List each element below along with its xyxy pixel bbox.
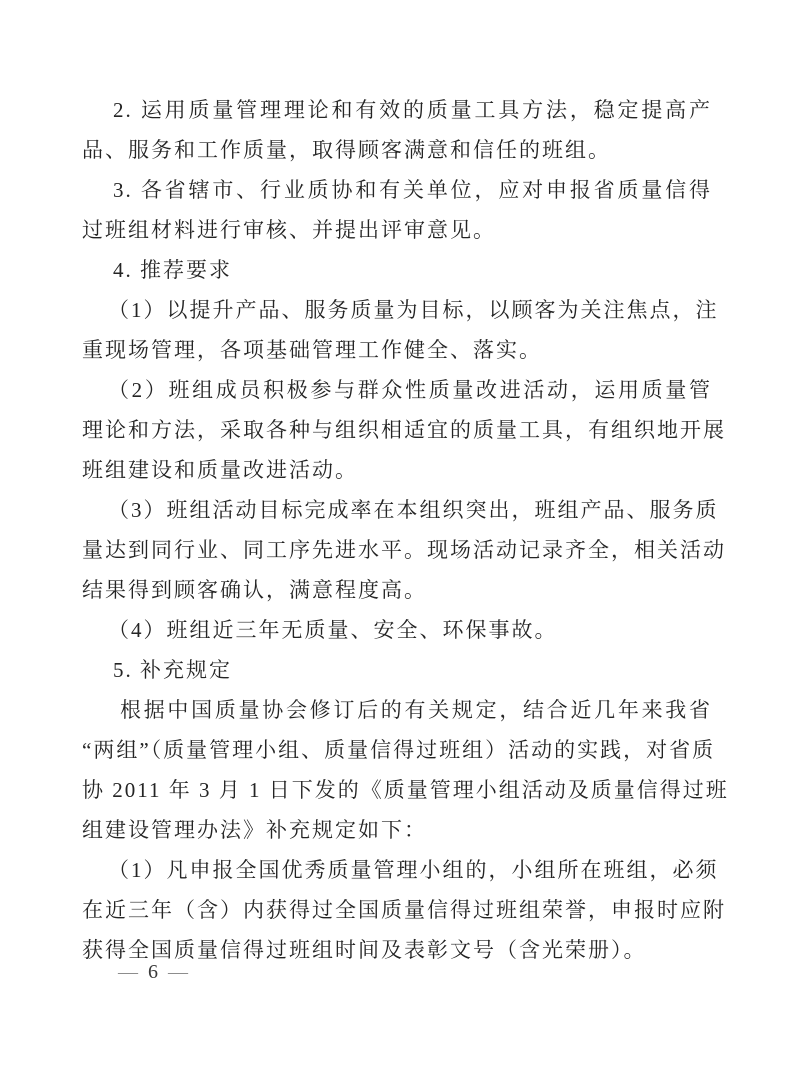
text-line: 理论和方法，采取各种与组织相适宜的质量工具，有组织地开展 <box>82 410 712 450</box>
text-line: 协 2011 年 3 月 1 日下发的《质量管理小组活动及质量信得过班 <box>82 770 712 810</box>
text-line: 3. 各省辖市、行业质协和有关单位，应对申报省质量信得 <box>82 170 712 210</box>
text-line: 班组建设和质量改进活动。 <box>82 450 712 490</box>
page-footer: —6— <box>118 958 188 986</box>
text-line: 重现场管理，各项基础管理工作健全、落实。 <box>82 330 712 370</box>
text-line: “两组”（质量管理小组、质量信得过班组）活动的实践，对省质 <box>82 730 712 770</box>
text-line: （1）凡申报全国优秀质量管理小组的，小组所在班组，必须 <box>82 850 712 890</box>
text-line: 组建设管理办法》补充规定如下： <box>82 810 712 850</box>
text-line: 量达到同行业、同工序先进水平。现场活动记录齐全，相关活动 <box>82 530 712 570</box>
text-line: 根据中国质量协会修订后的有关规定，结合近几年来我省 <box>82 690 712 730</box>
footer-dash-right: — <box>168 961 188 983</box>
text-line: 4. 推荐要求 <box>82 250 712 290</box>
text-line: 2. 运用质量管理理论和有效的质量工具方法，稳定提高产 <box>82 90 712 130</box>
text-line: 结果得到顾客确认，满意程度高。 <box>82 570 712 610</box>
text-line: （1）以提升产品、服务质量为目标，以顾客为关注焦点，注 <box>82 290 712 330</box>
page-number: 6 <box>148 961 158 983</box>
text-line: 过班组材料进行审核、并提出评审意见。 <box>82 210 712 250</box>
text-line: 5. 补充规定 <box>82 650 712 690</box>
text-line: 在近三年（含）内获得过全国质量信得过班组荣誉，申报时应附 <box>82 890 712 930</box>
text-line: （3）班组活动目标完成率在本组织突出，班组产品、服务质 <box>82 490 712 530</box>
document-body: 2. 运用质量管理理论和有效的质量工具方法，稳定提高产 品、服务和工作质量，取得… <box>82 90 712 970</box>
footer-dash-left: — <box>118 961 138 983</box>
text-line: （2）班组成员积极参与群众性质量改进活动，运用质量管 <box>82 370 712 410</box>
text-line: 品、服务和工作质量，取得顾客满意和信任的班组。 <box>82 130 712 170</box>
document-page: 2. 运用质量管理理论和有效的质量工具方法，稳定提高产 品、服务和工作质量，取得… <box>0 0 787 1072</box>
text-line: （4）班组近三年无质量、安全、环保事故。 <box>82 610 712 650</box>
